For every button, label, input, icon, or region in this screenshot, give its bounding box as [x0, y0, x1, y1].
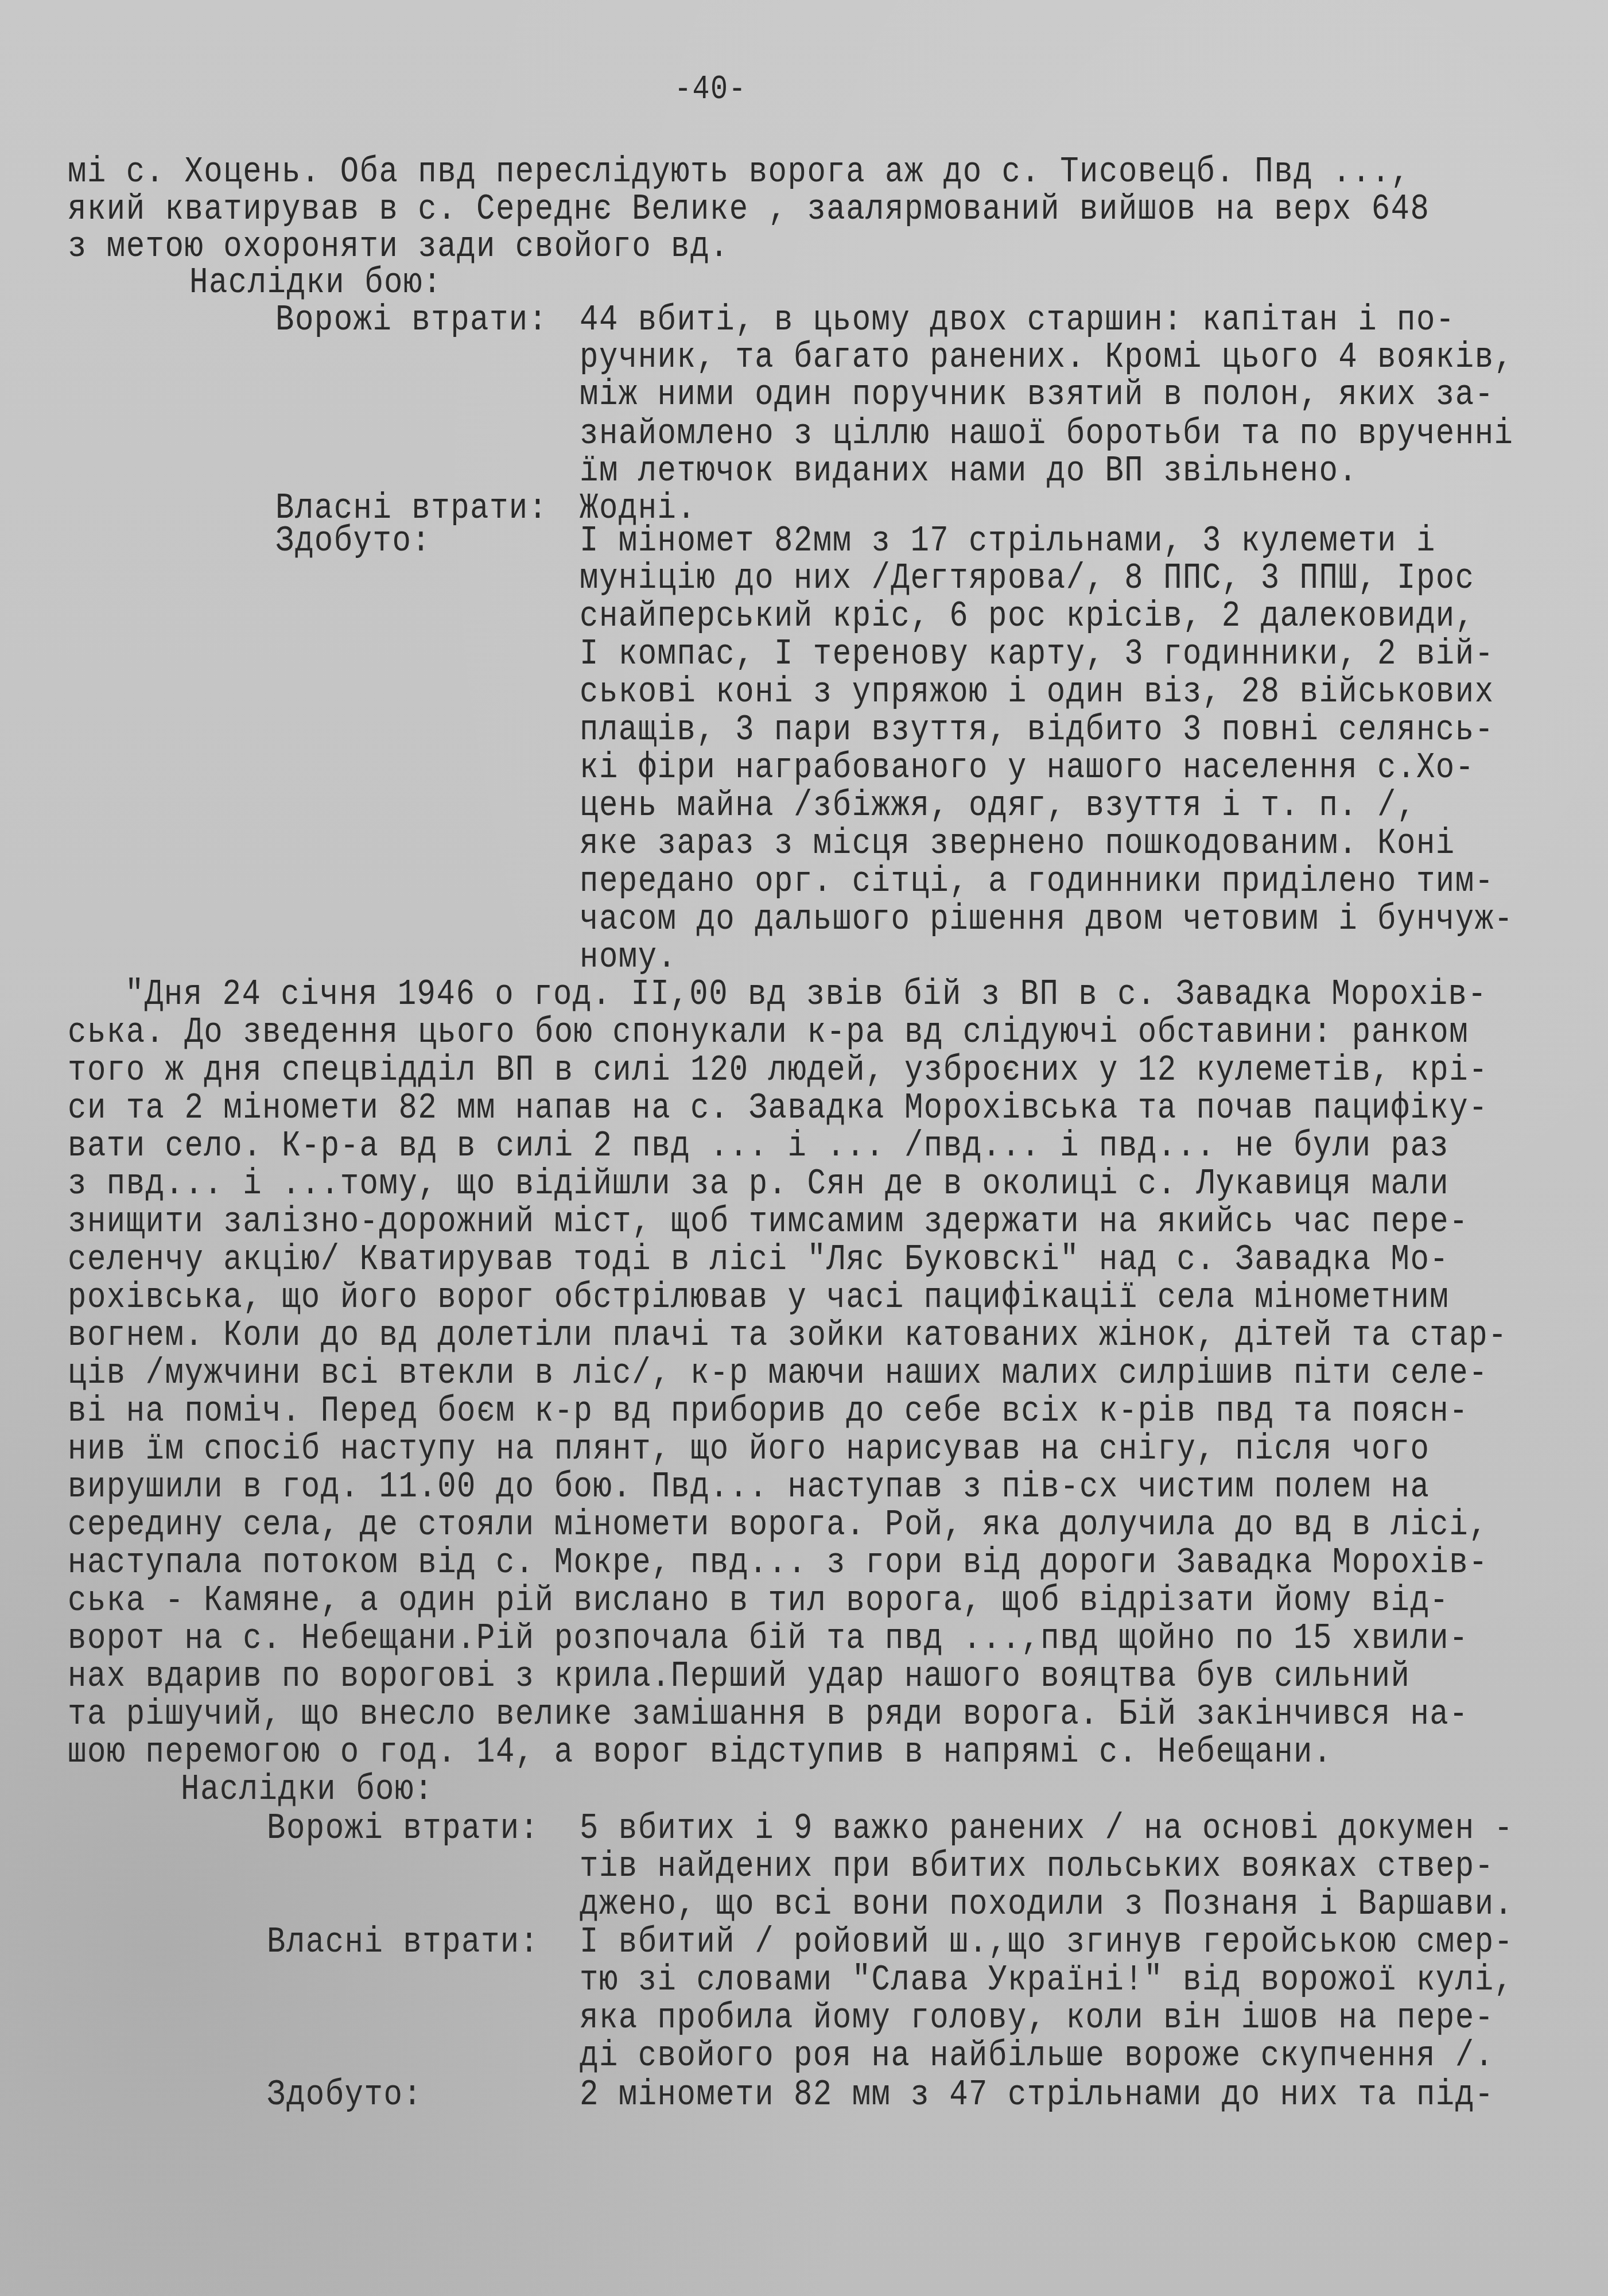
enemy-losses-label: Ворожі втрати: — [275, 298, 548, 343]
text-line: між ними один поручник взятий в полон, я… — [580, 373, 1494, 418]
text-line: 2 міномети 82 мм з 47 стрільнами до них … — [580, 2073, 1494, 2118]
text-line: ді свойого роя на найбільше вороже скупч… — [580, 2034, 1494, 2079]
results-heading: Наслідки бою: — [181, 1768, 434, 1813]
text-line: часом до дальшого рішення двом четовим і… — [580, 898, 1513, 943]
enemy-losses-label: Ворожі втрати: — [267, 1807, 539, 1852]
captured-label: Здобуто: — [275, 519, 431, 564]
own-losses-label: Власні втрати: — [267, 1921, 539, 1965]
captured-label: Здобуто: — [267, 2073, 422, 2118]
page-number: -40- — [674, 68, 747, 113]
